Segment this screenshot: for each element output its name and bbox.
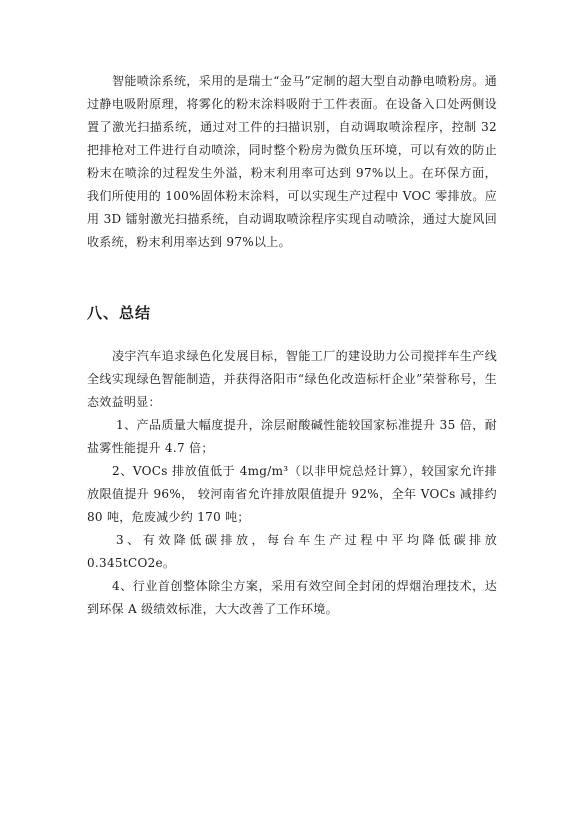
intro-paragraph: 智能喷涂系统，采用的是瑞士“金马”定制的超大型自动静电喷粉房。通过静电吸附原理，… — [87, 70, 497, 254]
list-item-2: 2、VOCs 排放值低于 4mg/m³（以非甲烷总烃计算），较国家允许排放限值提… — [87, 460, 497, 529]
summary-paragraph: 凌宇汽车追求绿色化发展目标，智能工厂的建设助力公司搅拌车生产线全线实现绿色智能制… — [87, 345, 497, 414]
document-page: 智能喷涂系统，采用的是瑞士“金马”定制的超大型自动静电喷粉房。通过静电吸附原理，… — [87, 70, 497, 621]
list-item-3: 3、有效降低碳排放，每台车生产过程中平均降低碳排放 0.345tCO2e。 — [87, 529, 497, 575]
section-heading: 八、总结 — [87, 303, 497, 323]
list-item-1: 1、产品质量大幅度提升，涂层耐酸碱性能较国家标准提升 35 倍，耐盐雾性能提升 … — [87, 414, 497, 460]
list-item-4: 4、行业首创整体除尘方案，采用有效空间全封闭的焊烟治理技术，达到环保 A 级绩效… — [87, 575, 497, 621]
